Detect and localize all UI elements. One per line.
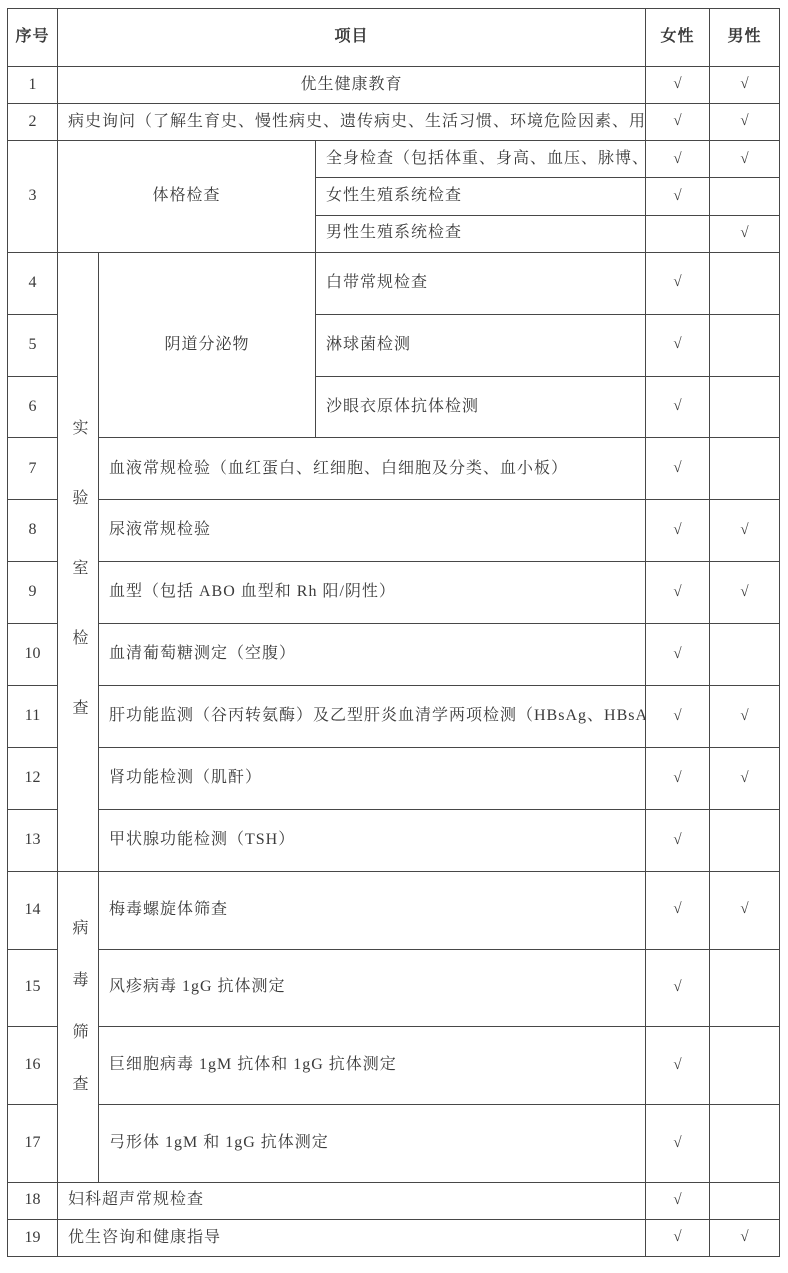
female-check-cell bbox=[646, 215, 710, 252]
item-cell: 肝功能监测（谷丙转氨酶）及乙型肝炎血清学两项检测（HBsAg、HBsAb） bbox=[99, 686, 646, 748]
female-check-cell: √ bbox=[646, 252, 710, 314]
female-check-cell: √ bbox=[646, 871, 710, 949]
table-row-9: 9 血型（包括 ABO 血型和 Rh 阳/阴性） √ √ bbox=[8, 562, 780, 624]
item-cell: 血液常规检验（血红蛋白、红细胞、白细胞及分类、血小板） bbox=[99, 438, 646, 500]
item-cell: 血型（包括 ABO 血型和 Rh 阳/阴性） bbox=[99, 562, 646, 624]
female-check-cell: √ bbox=[646, 809, 710, 871]
item-cell: 血清葡萄糖测定（空腹） bbox=[99, 624, 646, 686]
row-no: 18 bbox=[8, 1182, 58, 1219]
item-cell: 白带常规检查 bbox=[316, 252, 646, 314]
table-row-2: 2 病史询问（了解生育史、慢性病史、遗传病史、生活习惯、环境危险因素、用药 √ … bbox=[8, 104, 780, 141]
item-cell: 尿液常规检验 bbox=[99, 500, 646, 562]
male-check-cell: √ bbox=[710, 104, 780, 141]
female-check-cell: √ bbox=[646, 376, 710, 438]
table-row-14: 14 病毒筛查 梅毒螺旋体筛查 √ √ bbox=[8, 871, 780, 949]
table-row-11: 11 肝功能监测（谷丙转氨酶）及乙型肝炎血清学两项检测（HBsAg、HBsAb）… bbox=[8, 686, 780, 748]
male-check-cell bbox=[710, 1104, 780, 1182]
female-check-cell: √ bbox=[646, 314, 710, 376]
female-check-cell: √ bbox=[646, 949, 710, 1027]
virus-group-vertical-label: 病毒筛查 bbox=[58, 871, 99, 1182]
female-check-cell: √ bbox=[646, 500, 710, 562]
male-check-cell bbox=[710, 438, 780, 500]
table-row-13: 13 甲状腺功能检测（TSH） √ bbox=[8, 809, 780, 871]
row-no: 12 bbox=[8, 747, 58, 809]
female-check-cell: √ bbox=[646, 67, 710, 104]
male-check-cell bbox=[710, 624, 780, 686]
row-no: 7 bbox=[8, 438, 58, 500]
male-check-cell bbox=[710, 1027, 780, 1105]
col-header-no: 序号 bbox=[8, 9, 58, 67]
female-check-cell: √ bbox=[646, 141, 710, 178]
table-row-3a: 3 体格检查 全身检查（包括体重、身高、血压、脉博、 √ √ bbox=[8, 141, 780, 178]
male-check-cell bbox=[710, 376, 780, 438]
row-no: 17 bbox=[8, 1104, 58, 1182]
lab-group-label-text: 实验室检查 bbox=[70, 347, 86, 769]
male-check-cell bbox=[710, 809, 780, 871]
row-no: 9 bbox=[8, 562, 58, 624]
item-cell: 肾功能检测（肌酐） bbox=[99, 747, 646, 809]
table-row-10: 10 血清葡萄糖测定（空腹） √ bbox=[8, 624, 780, 686]
male-check-cell: √ bbox=[710, 562, 780, 624]
table-row-8: 8 尿液常规检验 √ √ bbox=[8, 500, 780, 562]
male-check-cell bbox=[710, 314, 780, 376]
table-row-7: 7 血液常规检验（血红蛋白、红细胞、白细胞及分类、血小板） √ bbox=[8, 438, 780, 500]
male-check-cell: √ bbox=[710, 747, 780, 809]
item-cell: 病史询问（了解生育史、慢性病史、遗传病史、生活习惯、环境危险因素、用药 bbox=[58, 104, 646, 141]
row-no: 1 bbox=[8, 67, 58, 104]
col-header-male: 男性 bbox=[710, 9, 780, 67]
male-check-cell bbox=[710, 178, 780, 215]
table-row-12: 12 肾功能检测（肌酐） √ √ bbox=[8, 747, 780, 809]
table-row-17: 17 弓形体 1gM 和 1gG 抗体测定 √ bbox=[8, 1104, 780, 1182]
vaginal-secretion-group-cell: 阴道分泌物 bbox=[99, 252, 316, 438]
row-no: 16 bbox=[8, 1027, 58, 1105]
health-check-items-table: 序号 项目 女性 男性 1 优生健康教育 √ √ 2 病史询问（了解生育史、慢性… bbox=[7, 8, 780, 1257]
female-check-cell: √ bbox=[646, 562, 710, 624]
female-check-cell: √ bbox=[646, 178, 710, 215]
female-check-cell: √ bbox=[646, 1182, 710, 1219]
row-no: 8 bbox=[8, 500, 58, 562]
physical-exam-group-cell: 体格检查 bbox=[58, 141, 316, 252]
row-no: 3 bbox=[8, 141, 58, 252]
item-cell: 沙眼衣原体抗体检测 bbox=[316, 376, 646, 438]
item-cell: 梅毒螺旋体筛查 bbox=[99, 871, 646, 949]
row-no: 4 bbox=[8, 252, 58, 314]
female-check-cell: √ bbox=[646, 104, 710, 141]
item-cell: 弓形体 1gM 和 1gG 抗体测定 bbox=[99, 1104, 646, 1182]
male-check-cell: √ bbox=[710, 1219, 780, 1256]
col-header-female: 女性 bbox=[646, 9, 710, 67]
item-cell: 女性生殖系统检查 bbox=[316, 178, 646, 215]
male-check-cell: √ bbox=[710, 215, 780, 252]
male-check-cell: √ bbox=[710, 686, 780, 748]
male-check-cell: √ bbox=[710, 67, 780, 104]
male-check-cell bbox=[710, 1182, 780, 1219]
item-cell: 淋球菌检测 bbox=[316, 314, 646, 376]
item-cell: 优生咨询和健康指导 bbox=[58, 1219, 646, 1256]
lab-group-vertical-label: 实验室检查 bbox=[58, 252, 99, 871]
table-row-18: 18 妇科超声常规检查 √ bbox=[8, 1182, 780, 1219]
item-cell: 全身检查（包括体重、身高、血压、脉博、 bbox=[316, 141, 646, 178]
row-no: 6 bbox=[8, 376, 58, 438]
table-row-1: 1 优生健康教育 √ √ bbox=[8, 67, 780, 104]
table-header-row: 序号 项目 女性 男性 bbox=[8, 9, 780, 67]
virus-group-label-text: 病毒筛查 bbox=[70, 919, 86, 1127]
female-check-cell: √ bbox=[646, 1104, 710, 1182]
female-check-cell: √ bbox=[646, 1027, 710, 1105]
table-row-19: 19 优生咨询和健康指导 √ √ bbox=[8, 1219, 780, 1256]
table-row-16: 16 巨细胞病毒 1gM 抗体和 1gG 抗体测定 √ bbox=[8, 1027, 780, 1105]
item-cell: 甲状腺功能检测（TSH） bbox=[99, 809, 646, 871]
row-no: 10 bbox=[8, 624, 58, 686]
row-no: 2 bbox=[8, 104, 58, 141]
item-cell: 巨细胞病毒 1gM 抗体和 1gG 抗体测定 bbox=[99, 1027, 646, 1105]
female-check-cell: √ bbox=[646, 1219, 710, 1256]
male-check-cell bbox=[710, 949, 780, 1027]
row-no: 19 bbox=[8, 1219, 58, 1256]
item-cell: 妇科超声常规检查 bbox=[58, 1182, 646, 1219]
female-check-cell: √ bbox=[646, 747, 710, 809]
item-cell: 优生健康教育 bbox=[58, 67, 646, 104]
female-check-cell: √ bbox=[646, 686, 710, 748]
female-check-cell: √ bbox=[646, 438, 710, 500]
male-check-cell: √ bbox=[710, 141, 780, 178]
table-row-15: 15 风疹病毒 1gG 抗体测定 √ bbox=[8, 949, 780, 1027]
row-no: 11 bbox=[8, 686, 58, 748]
female-check-cell: √ bbox=[646, 624, 710, 686]
col-header-item: 项目 bbox=[58, 9, 646, 67]
male-check-cell bbox=[710, 252, 780, 314]
row-no: 15 bbox=[8, 949, 58, 1027]
item-cell: 男性生殖系统检查 bbox=[316, 215, 646, 252]
item-cell: 风疹病毒 1gG 抗体测定 bbox=[99, 949, 646, 1027]
row-no: 14 bbox=[8, 871, 58, 949]
male-check-cell: √ bbox=[710, 500, 780, 562]
row-no: 5 bbox=[8, 314, 58, 376]
row-no: 13 bbox=[8, 809, 58, 871]
male-check-cell: √ bbox=[710, 871, 780, 949]
table-row-4: 4 实验室检查 阴道分泌物 白带常规检查 √ bbox=[8, 252, 780, 314]
